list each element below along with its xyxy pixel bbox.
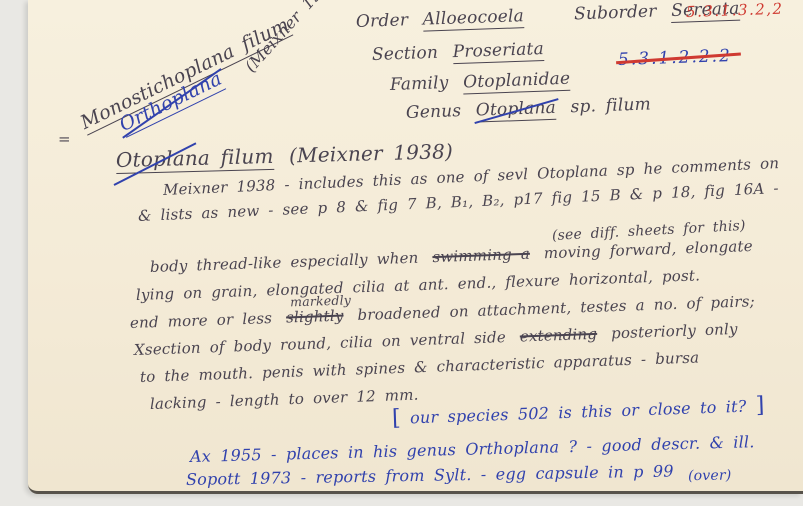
bracket-close: ] xyxy=(755,393,765,418)
reference-line-2: Sopott 1973 - reports from Sylt. - egg c… xyxy=(186,460,732,489)
corrected-word-stack: slightly markedly xyxy=(286,307,344,327)
taxonomy-section-line: Section Proseriata xyxy=(372,39,545,65)
taxonomy-order-line: Order Alloeocoela Suborder Sereata xyxy=(356,0,740,32)
genus-value-wrap: Otoplana xyxy=(475,98,556,121)
species-heading: Otoplana filum (Meixner 1938) xyxy=(116,139,454,172)
over-note: (over) xyxy=(688,467,732,484)
scanned-page: { "colors": { "page_bg": "#e9e8e4", "car… xyxy=(0,0,803,506)
inserted-word: markedly xyxy=(290,292,351,309)
description-text: end more or less xyxy=(130,309,273,332)
taxonomy-genus-line: Genus Otoplana sp. filum xyxy=(406,94,652,123)
description-text: broadened on attachment, testes a no. of… xyxy=(357,292,755,324)
family-label: Family xyxy=(390,73,449,95)
struck-word: slightly xyxy=(286,307,344,327)
suborder-label: Suborder xyxy=(574,2,657,25)
classification-code-current: 5.3.1.3.2,2 xyxy=(686,0,784,21)
section-label: Section xyxy=(372,43,439,65)
description-text: body thread-like especially when xyxy=(150,249,419,276)
description-line-6: lacking - length to over 12 mm. xyxy=(150,386,419,413)
genus-label: Genus xyxy=(406,101,462,123)
query-text: our species 502 is this or close to it? xyxy=(410,397,747,428)
reference-text: Sopott 1973 - reports from Sylt. - egg c… xyxy=(186,461,674,489)
struck-word: swimming a xyxy=(432,245,530,266)
order-value: Alloeocoela xyxy=(422,6,524,32)
description-text: posteriorly only xyxy=(611,320,738,342)
bracket-open: [ xyxy=(392,406,402,431)
struck-word: extending xyxy=(520,325,598,346)
heading-attribution: (Meixner 1938) xyxy=(289,139,454,167)
description-text: Xsection of body round, cilia on ventral… xyxy=(134,328,506,359)
classification-code-old-wrap: 5.3.1.2.2.2 xyxy=(618,46,733,70)
corner-equals-sign: = xyxy=(58,130,71,148)
taxonomy-family-line: Family Otoplanidae xyxy=(390,69,571,95)
order-label: Order xyxy=(356,10,409,32)
family-value: Otoplanidae xyxy=(463,69,571,95)
species-suffix: sp. filum xyxy=(570,94,651,117)
index-card: = Monostichoplana filum Orthoplana (Meix… xyxy=(28,0,803,494)
spacer xyxy=(539,20,565,21)
synonym-name: Monostichoplana filum xyxy=(77,14,293,136)
section-value: Proseriata xyxy=(452,39,544,64)
query-note: [ our species 502 is this or close to it… xyxy=(392,392,765,430)
